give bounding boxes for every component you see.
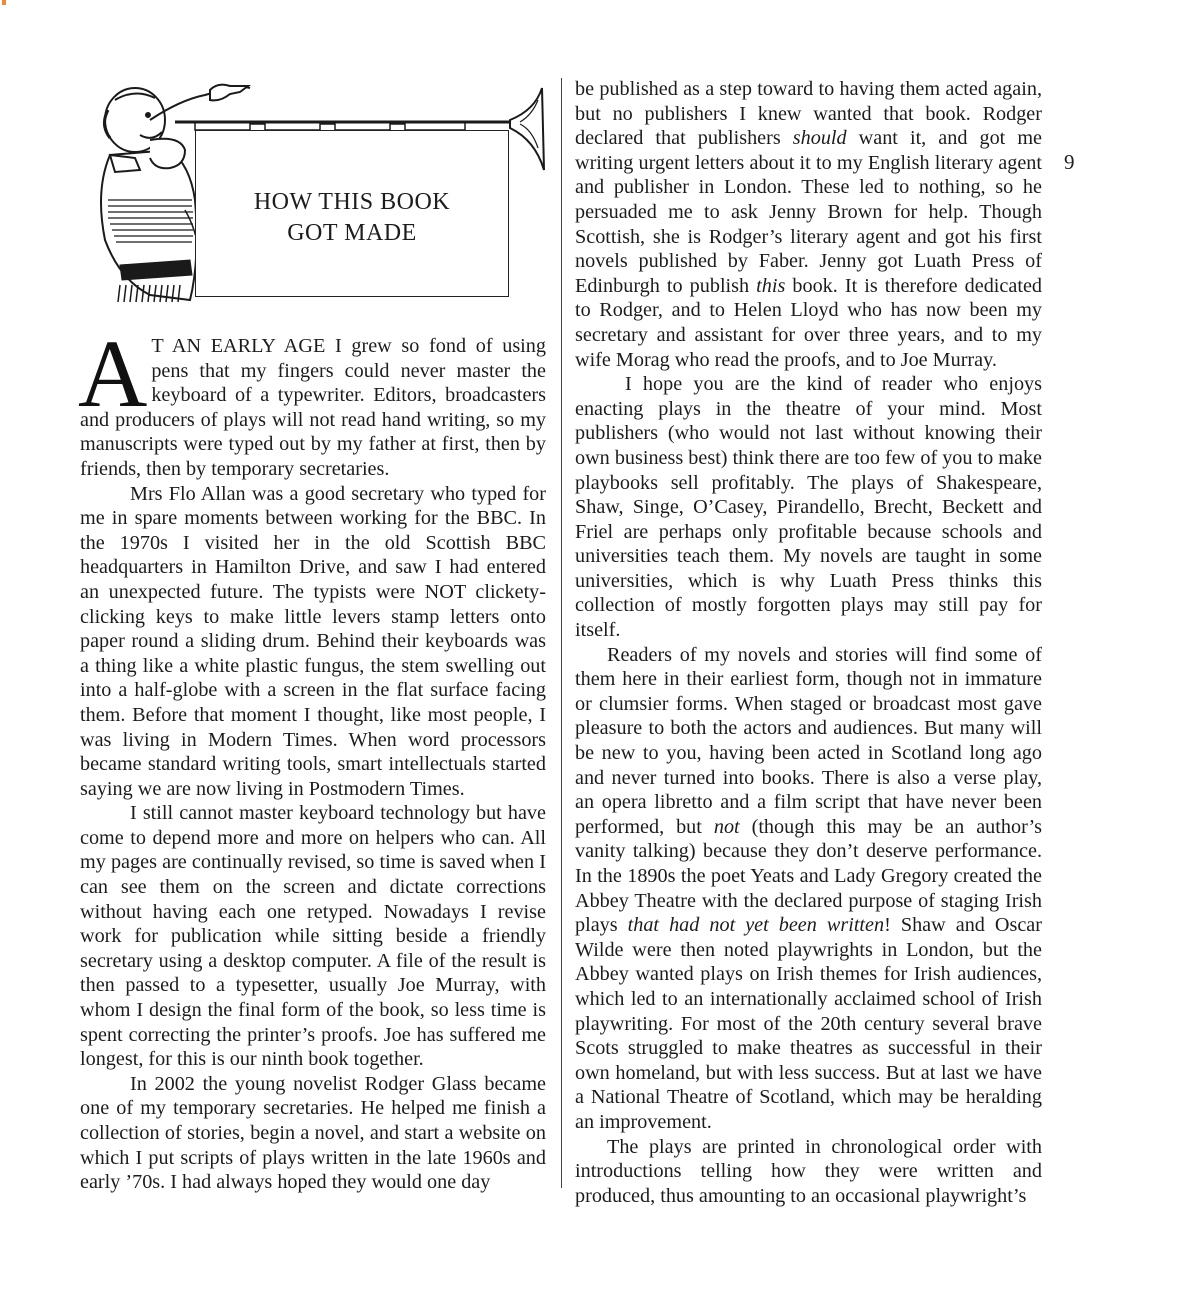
column-divider [561,78,562,1188]
chapter-title: HOW THIS BOOK GOT MADE [196,187,508,249]
chapter-title-line-2: GOT MADE [196,218,508,249]
drop-cap: A [78,338,147,410]
corner-mark [2,0,6,5]
lead-in-caps: T AN EARLY AGE [151,335,325,357]
italic-emphasis: not [714,816,740,838]
left-column: AT AN EARLY AGE I grew so fond of using … [80,334,546,1195]
italic-emphasis: this [756,275,785,297]
chapter-title-banner: HOW THIS BOOK GOT MADE [195,130,509,297]
paragraph: Readers of my novels and stories will fi… [575,643,1042,1135]
italic-emphasis: should [793,127,847,149]
paragraph: be published as a step toward to having … [575,77,1042,372]
paragraph: In 2002 the young novelist Rodger Glass … [80,1072,546,1195]
text-run: want it, and got me writing urgent lette… [575,127,1042,297]
text-run: ! Shaw and Oscar Wilde were then noted p… [575,914,1042,1133]
paragraph: AT AN EARLY AGE I grew so fond of using … [80,334,546,482]
paragraph: The plays are printed in chronological o… [575,1135,1042,1209]
chapter-title-line-1: HOW THIS BOOK [196,187,508,218]
page-number: 9 [1064,150,1075,175]
text-run: Readers of my novels and stories will fi… [575,644,1042,838]
paragraph: I hope you are the kind of reader who en… [575,372,1042,643]
book-page: HOW THIS BOOK GOT MADE 9 AT AN EARLY AGE… [0,0,1200,1300]
italic-emphasis: that had not yet been written [628,914,884,936]
paragraph: I still cannot master keyboard technolog… [80,801,546,1072]
right-column: be published as a step toward to having … [575,77,1042,1208]
paragraph: Mrs Flo Allan was a good secretary who t… [80,482,546,802]
